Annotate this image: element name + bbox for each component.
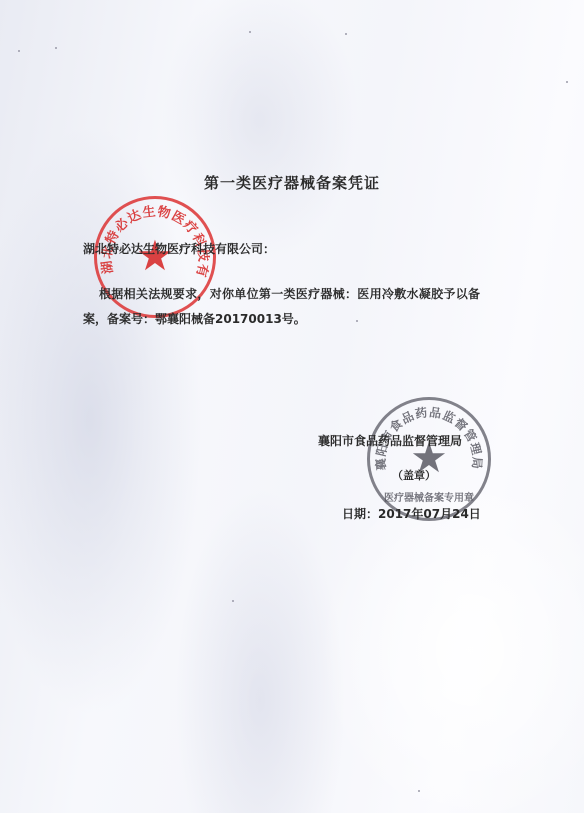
authority-seal-sub-text: 医疗器械备案专用章 [370, 489, 488, 504]
recipient-line: 湖北特必达生物医疗科技有限公司： [83, 240, 275, 257]
body-paragraph-line-1: 根据相关法规要求，对你单位第一类医疗器械：医用冷敷水凝胶予以备 [99, 285, 480, 302]
body-paragraph-line-2: 案，备案号：鄂襄阳械备20170013号。 [83, 310, 306, 327]
issue-date: 日期：2017年07月24日 [342, 505, 481, 522]
document-page: 湖北特必达生物医疗科技有限公司 ★ 襄阳市食品药品监督管理局 ★ 医疗器械备案专… [0, 0, 584, 813]
paper-speck [345, 33, 347, 35]
paper-speck [55, 47, 57, 49]
paper-speck [566, 81, 568, 83]
document-title: 第一类医疗器械备案凭证 [204, 172, 380, 193]
paper-speck [249, 31, 251, 33]
paper-speck [356, 320, 358, 322]
authority-seal-stamp: 襄阳市食品药品监督管理局 ★ 医疗器械备案专用章 [367, 397, 491, 521]
seal-note: （盖章） [392, 467, 436, 483]
paper-speck [18, 50, 20, 52]
paper-speck [232, 600, 234, 602]
paper-speck [418, 790, 420, 792]
issuing-authority: 襄阳市食品药品监督管理局 [318, 432, 462, 449]
